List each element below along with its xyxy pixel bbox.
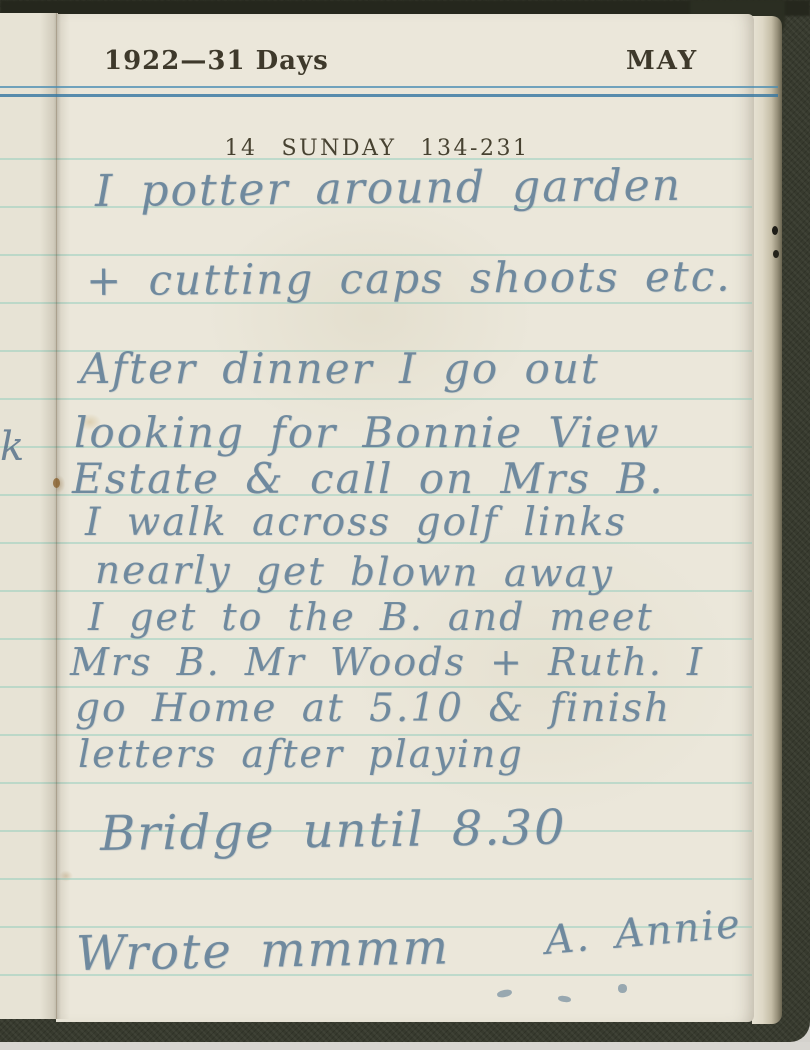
- scanner-background: [0, 1042, 810, 1050]
- header-month: MAY: [626, 46, 698, 76]
- gutter-crease: [56, 13, 57, 1019]
- handwritten-line: Estate & call on Mrs B.: [72, 454, 665, 503]
- date-heading: 14SUNDAY134-231: [28, 136, 726, 161]
- handwritten-line: I potter around garden: [95, 160, 683, 217]
- handwritten-line: letters after playing: [78, 732, 524, 776]
- handwritten-line: + cutting caps shoots etc.: [86, 251, 732, 305]
- margin-mark: k: [0, 424, 24, 470]
- date-day: 14: [225, 136, 258, 161]
- handwritten-line: looking for Bonnie View: [74, 408, 660, 457]
- ink-splatter: [618, 984, 627, 993]
- handwritten-footer: Wrote mmmm: [76, 919, 451, 982]
- handwritten-line: go Home at 5.10 & finish: [75, 686, 671, 731]
- header-rule: [0, 86, 778, 97]
- handwritten-line: After dinner I go out: [80, 344, 600, 393]
- paper-stain: [53, 478, 60, 488]
- handwritten-line: Bridge until 8.30: [100, 799, 567, 862]
- header-year-days: 1922—31 Days: [104, 46, 329, 76]
- diary-page-scan: 1922—31 Days MAY 14SUNDAY134-231 k I pot…: [0, 0, 810, 1050]
- date-weekday: SUNDAY: [282, 136, 397, 161]
- handwritten-line: Mrs B. Mr Woods + Ruth. I: [70, 640, 704, 684]
- gutter-shadow: [40, 13, 70, 1019]
- handwritten-line: nearly get blown away: [95, 548, 614, 597]
- handwritten-line: I walk across golf links: [85, 500, 627, 545]
- date-numbers: 134-231: [421, 136, 530, 161]
- handwritten-line: I get to the B. and meet: [88, 595, 654, 639]
- page-stack-edge: [752, 16, 782, 1024]
- edge-speck: [772, 226, 778, 235]
- edge-speck: [773, 250, 779, 258]
